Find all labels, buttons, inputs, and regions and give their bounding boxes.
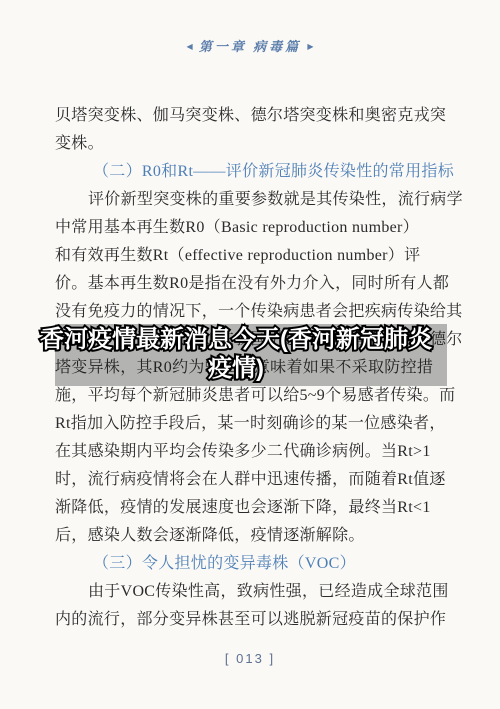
body-line: 由于VOC传染性高，致病性强，已经造成全球范围 [55,578,447,606]
body-line: 后，感染人数会逐渐降低，疫情逐渐解除。 [55,522,447,550]
body-line: 在其感染期内平均会传染多少二代确诊病例。当Rt>1 [55,438,447,466]
watermark-title: 香河疫情最新消息今天(香河新冠肺炎 疫情) [0,325,472,383]
body-line: 渐降低，疫情的发展速度也会逐渐下降，最终当Rt<1 [55,494,447,522]
running-head: ◀ 第一章 病毒篇 ▶ [0,36,500,55]
body-line: 变株。 [55,130,447,158]
body-line: 时，流行病疫情将会在人群中迅速传播，而随着Rt值逐 [55,466,447,494]
body-line: 贝塔突变株、伽马突变株、德尔塔突变株和奥密克戎突 [55,102,447,130]
body-line: 和有效再生数Rt（effective reproduction number）评 [55,242,447,270]
body-line: 内的流行，部分变异株甚至可以逃脱新冠疫苗的保护作 [55,606,447,634]
watermark-title-line2: 疫情) [0,354,472,383]
body-line: 施，平均每个新冠肺炎患者可以给5~9个易感者传染。而 [55,382,447,410]
watermark-title-line1: 香河疫情最新消息今天(香河新冠肺炎 [0,325,472,354]
body-line: 没有免疫力的情况下，一个传染病患者会把疾病传染给其 [55,298,447,326]
body-line: 中常用基本再生数R0（Basic reproduction number） [55,214,447,242]
left-arrow-icon: ◀ [186,42,192,51]
right-arrow-icon: ▶ [307,42,313,51]
section-heading-3: （三）令人担忧的变异毒株（VOC） [55,550,447,578]
body-line: 价。基本再生数R0是指在没有外力介入，同时所有人都 [55,270,447,298]
body-line: Rt指加入防控手段后，某一时刻确诊的某一位感染者， [55,410,447,438]
body-line: 评价新型突变株的重要参数就是其传染性，流行病学 [55,186,447,214]
chapter-title: 第一章 病毒篇 [199,39,301,54]
page-number: [ 013 ] [0,651,500,666]
section-heading-2: （二）R0和Rt——评价新冠肺炎传染性的常用指标 [55,158,447,186]
